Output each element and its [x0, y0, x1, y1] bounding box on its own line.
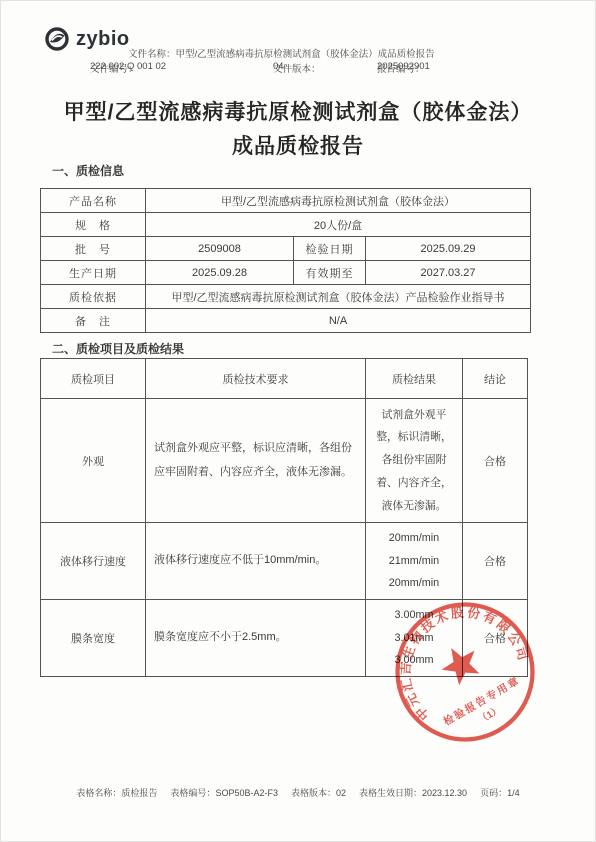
expiry-label: 有效期至	[294, 261, 366, 285]
result-row-appearance: 外观 试剂盒外观应平整，标识应清晰，各组份应牢固附着、内容应齐全，液体无渗漏。 …	[41, 399, 528, 523]
item-result: 试剂盒外观平整，标识清晰，各组份牢固附着、内容齐全，液体无渗漏。	[366, 399, 463, 523]
page-title: 甲型/乙型流感病毒抗原检测试剂盒（胶体金法） 成品质检报告	[0, 96, 596, 163]
col-header-requirement: 质检技术要求	[146, 359, 366, 399]
logo-text: zybio	[76, 28, 130, 51]
footer-form-no: 表格编号：SOP50B-A2-F3	[170, 786, 278, 799]
item-name: 膜条宽度	[41, 600, 146, 677]
stamp-type-text: 检验报告专用章	[441, 674, 522, 728]
info-row-dates: 生产日期 2025.09.28 有效期至 2027.03.27	[41, 261, 531, 285]
section2-heading: 二、质检项目及质检结果	[52, 340, 184, 357]
item-conclusion: 合格	[463, 523, 528, 600]
col-header-conclusion: 结论	[463, 359, 528, 399]
item-result: 20mm/min 21mm/min 20mm/min	[366, 523, 463, 600]
remark-label: 备 注	[41, 309, 146, 333]
footer-page-number: 页码：1/4	[480, 786, 520, 799]
doc-name-line: 文件名称：甲型/乙型流感病毒抗原检测试剂盒（胶体金法）成品质检报告	[128, 46, 435, 60]
basis-value: 甲型/乙型流感病毒抗原检测试剂盒（胶体金法）产品检验作业指导书	[146, 285, 531, 309]
product-name-value: 甲型/乙型流感病毒抗原检测试剂盒（胶体金法）	[146, 189, 531, 213]
item-name: 液体移行速度	[41, 523, 146, 600]
page-title-line2: 成品质检报告	[0, 130, 596, 164]
basis-label: 质检依据	[41, 285, 146, 309]
item-requirement: 液体移行速度应不低于10mm/min。	[146, 523, 366, 600]
info-row-batch: 批 号 2509008 检验日期 2025.09.29	[41, 237, 531, 261]
doc-name-value: 甲型/乙型流感病毒抗原检测试剂盒（胶体金法）成品质检报告	[176, 49, 435, 60]
batch-label: 批 号	[41, 237, 146, 261]
batch-value: 2509008	[146, 237, 294, 261]
info-table: 产品名称 甲型/乙型流感病毒抗原检测试剂盒（胶体金法） 规 格 20人份/盒 批…	[40, 188, 531, 333]
footer-form-name: 表格名称：质检报告	[76, 786, 157, 799]
item-conclusion: 合格	[463, 399, 528, 523]
expiry-value: 2027.03.27	[366, 261, 531, 285]
info-row-basis: 质检依据 甲型/乙型流感病毒抗原检测试剂盒（胶体金法）产品检验作业指导书	[41, 285, 531, 309]
product-name-label: 产品名称	[41, 189, 146, 213]
stamp-number: （1）	[476, 703, 503, 726]
section1-heading: 一、质检信息	[52, 162, 124, 179]
spec-label: 规 格	[41, 213, 146, 237]
col-header-result: 质检结果	[366, 359, 463, 399]
result-row-speed: 液体移行速度 液体移行速度应不低于10mm/min。 20mm/min 21mm…	[41, 523, 528, 600]
result-row-strip-width: 膜条宽度 膜条宽度应不小于2.5mm。 3.00mm 3.01mm 3.00mm…	[41, 600, 528, 677]
item-name: 外观	[41, 399, 146, 523]
page-title-line1: 甲型/乙型流感病毒抗原检测试剂盒（胶体金法）	[0, 96, 596, 130]
results-table: 质检项目 质检技术要求 质检结果 结论 外观 试剂盒外观应平整，标识应清晰，各组…	[40, 358, 528, 677]
item-result: 3.00mm 3.01mm 3.00mm	[366, 600, 463, 677]
col-header-item: 质检项目	[41, 359, 146, 399]
info-row-product: 产品名称 甲型/乙型流感病毒抗原检测试剂盒（胶体金法）	[41, 189, 531, 213]
item-requirement: 试剂盒外观应平整，标识应清晰，各组份应牢固附着、内容应齐全，液体无渗漏。	[146, 399, 366, 523]
spec-value: 20人份/盒	[146, 213, 531, 237]
test-date-label: 检验日期	[294, 237, 366, 261]
info-row-spec: 规 格 20人份/盒	[41, 213, 531, 237]
footer-meta: 表格名称：质检报告 表格编号：SOP50B-A2-F3 表格版本：02 表格生效…	[0, 786, 596, 799]
prod-date-label: 生产日期	[41, 261, 146, 285]
report-page: zybio 文件名称：甲型/乙型流感病毒抗原检测试剂盒（胶体金法）成品质检报告 …	[0, 0, 596, 842]
info-row-remark: 备 注 N/A	[41, 309, 531, 333]
footer-form-version: 表格版本：02	[291, 786, 346, 799]
zybio-logo-icon	[44, 26, 70, 52]
item-requirement: 膜条宽度应不小于2.5mm。	[146, 600, 366, 677]
prod-date-value: 2025.09.28	[146, 261, 294, 285]
doc-name-label: 文件名称：	[128, 49, 176, 60]
results-header-row: 质检项目 质检技术要求 质检结果 结论	[41, 359, 528, 399]
test-date-value: 2025.09.29	[366, 237, 531, 261]
item-conclusion: 合格	[463, 600, 528, 677]
header-logo: zybio	[44, 26, 130, 52]
footer-form-date: 表格生效日期：2023.12.30	[359, 786, 467, 799]
remark-value: N/A	[146, 309, 531, 333]
